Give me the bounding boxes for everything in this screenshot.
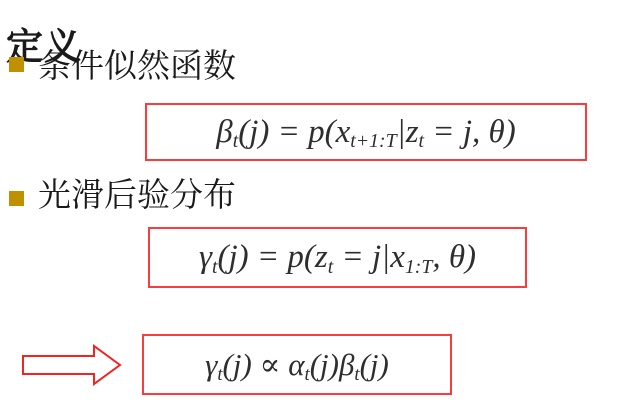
right-block-arrow-icon xyxy=(22,344,122,386)
bullet-item-conditional-likelihood: 条件似然函数 xyxy=(38,51,236,84)
formula-conditional-likelihood: βt(j) = p(xt+1:T|zt = j, θ) xyxy=(216,116,515,149)
bullet-square-icon xyxy=(9,191,24,206)
formula-box-proportionality: γt(j) ∝ αt(j)βt(j) xyxy=(142,334,452,395)
formula-box-conditional-likelihood: βt(j) = p(xt+1:T|zt = j, θ) xyxy=(145,103,587,161)
formula-box-smoothed-posterior: γt(j) = p(zt = j|x1:T, θ) xyxy=(148,227,527,288)
bullet-item-smoothed-posterior: 光滑后验分布 xyxy=(38,180,236,213)
formula-smoothed-posterior: γt(j) = p(zt = j|x1:T, θ) xyxy=(199,241,476,274)
formula-proportionality: γt(j) ∝ αt(j)βt(j) xyxy=(205,349,389,380)
right-block-arrow-icon xyxy=(22,344,122,386)
bullet-square-icon xyxy=(9,57,24,72)
